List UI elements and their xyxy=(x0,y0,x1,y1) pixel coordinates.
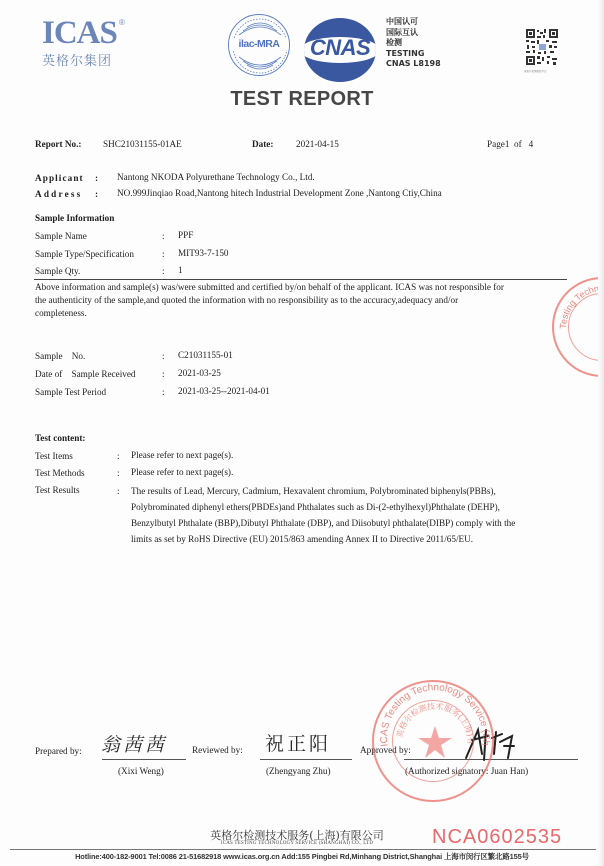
reviewed-signature: 祝正阳 xyxy=(265,729,331,756)
test-items-value: Please refer to next page(s). xyxy=(131,450,233,460)
date-received-label: Date of Sample Received xyxy=(35,369,136,379)
test-methods-value: Please refer to next page(s). xyxy=(131,467,233,477)
test-results-line: Polybrominated diphenyl ethers(PBDEs)and… xyxy=(131,502,500,512)
sample-type-value: MIT93-7-150 xyxy=(178,248,229,258)
test-items-label: Test Items xyxy=(35,451,73,461)
cnas-info-line: 国际互认 xyxy=(386,28,441,39)
prepared-signature: 翁茜茜 xyxy=(101,730,167,757)
sample-name-value: PPF xyxy=(178,230,193,240)
colon: : xyxy=(162,351,165,361)
cnas-accreditation-info: 中国认可 国际互认 检测 TESTING CNAS L8198 xyxy=(386,17,441,70)
colon: : xyxy=(162,387,165,397)
ilac-text: ilac-MRA xyxy=(229,38,289,50)
reviewed-name: (Zhengyang Zhu) xyxy=(266,766,331,776)
icas-logo: ICAS ® 英格尔集团 xyxy=(42,16,117,69)
signature-line xyxy=(260,759,352,760)
test-results-line: The results of Lead, Mercury, Cadmium, H… xyxy=(131,486,496,496)
date-received-value: 2021-03-25 xyxy=(178,368,221,378)
sample-qty-label: Sample Qty. xyxy=(35,266,80,276)
sample-no-label: Sample No. xyxy=(35,351,85,361)
qr-code-icon[interactable] xyxy=(525,28,559,66)
disclaimer-line: Above information and sample(s) was/were… xyxy=(35,282,504,292)
colon: : xyxy=(162,231,165,241)
cnas-info-line: CNAS L8198 xyxy=(386,59,441,70)
cnas-logo: CNAS xyxy=(304,18,376,82)
test-results-label: Test Results xyxy=(35,485,80,495)
address-label: Address xyxy=(35,189,82,199)
report-no-label: Report No.: xyxy=(35,139,81,149)
divider xyxy=(34,279,567,280)
disclaimer-line: the authenticity of the sample,and quote… xyxy=(35,295,458,305)
sample-type-label: Sample Type/Specification xyxy=(35,249,134,259)
colon: : xyxy=(162,249,165,259)
sample-qty-value: 1 xyxy=(178,265,183,275)
cnas-text: CNAS xyxy=(304,35,376,61)
disclaimer-line: completeness. xyxy=(35,308,87,318)
icas-logo-cn: 英格尔集团 xyxy=(42,50,117,69)
registered-mark: ® xyxy=(119,18,125,27)
sample-info-heading: Sample Information xyxy=(35,213,114,223)
test-period-label: Sample Test Period xyxy=(35,387,106,397)
colon: : xyxy=(117,451,120,461)
applicant-label: Applicant xyxy=(35,173,84,183)
report-no-value: SHC21031155-01AE xyxy=(103,139,182,149)
test-results-line: limits as set by RoHS Directive (EU) 201… xyxy=(131,534,473,544)
serial-number: NCA0602535 xyxy=(432,826,562,849)
colon: : xyxy=(117,486,120,496)
colon: : xyxy=(162,369,165,379)
test-content-heading: Test content: xyxy=(35,433,85,443)
colon: : xyxy=(95,173,98,183)
signature-line xyxy=(102,759,186,760)
sample-no-value: C21031155-01 xyxy=(178,350,233,360)
colon: : xyxy=(117,468,120,478)
cnas-info-line: 中国认可 xyxy=(386,17,441,28)
page-number: Page1 of 4 xyxy=(487,139,533,149)
applicant-value: Nantong NKODA Polyurethane Technology Co… xyxy=(117,172,315,182)
page-edge-shadow xyxy=(598,0,604,866)
test-period-value: 2021-03-25--2021-04-01 xyxy=(178,386,270,396)
page-title: TEST REPORT xyxy=(0,88,604,111)
icas-logo-text: ICAS xyxy=(42,16,117,50)
company-seal-stamp: Testing Technology Service xyxy=(552,277,604,377)
prepared-name: (Xixi Weng) xyxy=(118,766,164,776)
sample-name-label: Sample Name xyxy=(35,231,87,241)
cnas-info-line: 检测 xyxy=(386,38,441,49)
test-results-line: Benzylbutyl Phthalate (BBP),Dibutyl Phth… xyxy=(131,518,515,528)
colon: : xyxy=(95,189,98,199)
address-value: NO.999Jinqiao Road,Nantong hitech Indust… xyxy=(117,188,442,198)
footer-contact: Hotline:400-182-9001 Tel:0086 21-5168291… xyxy=(0,851,604,862)
company-seal-stamp: ICAS Testing Technology Service (Shangha… xyxy=(372,680,494,802)
cnas-info-line: TESTING xyxy=(386,49,441,60)
reviewed-by-label: Reviewed by: xyxy=(192,745,243,755)
footer-divider xyxy=(10,849,596,850)
date-label: Date: xyxy=(252,139,273,149)
colon: : xyxy=(162,266,165,276)
test-methods-label: Test Methods xyxy=(35,468,85,478)
date-value: 2021-04-15 xyxy=(296,139,339,149)
qr-caption: 英格尔检测微信平台 xyxy=(524,69,547,73)
prepared-by-label: Prepared by: xyxy=(35,746,82,756)
ilac-mra-logo: ilac-MRA xyxy=(228,14,290,76)
